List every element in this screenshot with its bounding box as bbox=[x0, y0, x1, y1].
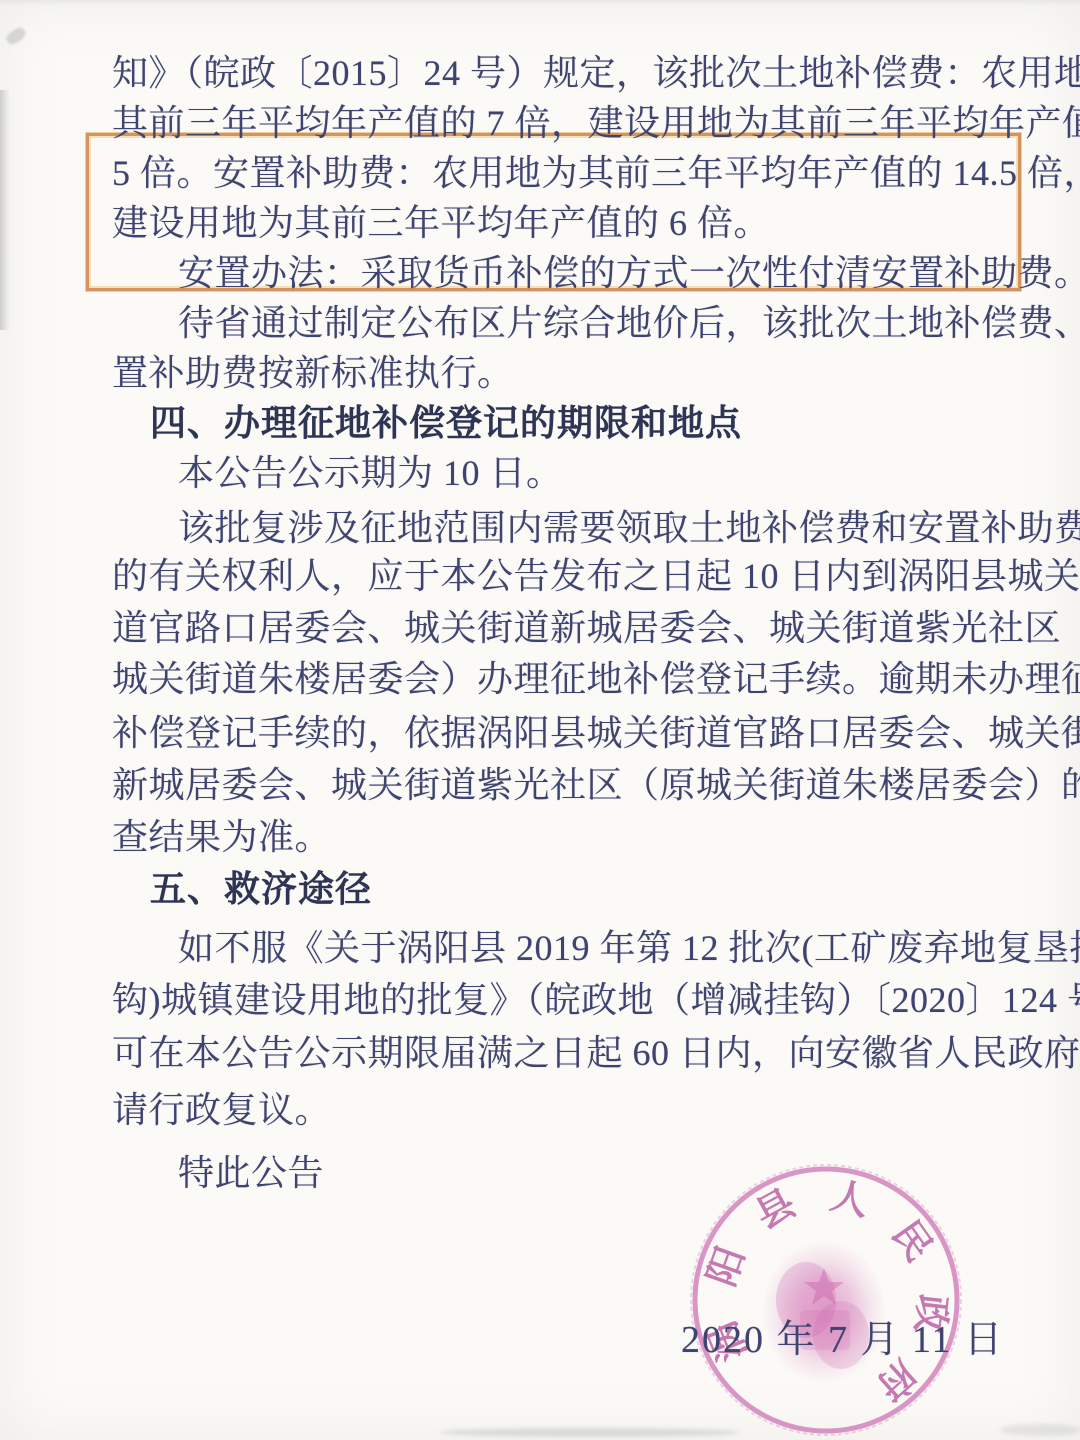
text-line: 钩)城镇建设用地的批复》（皖政地（增减挂钩）〔2020〕124 号）， bbox=[112, 977, 1080, 1023]
seal-character: 阳 bbox=[701, 1242, 753, 1292]
text-line: 的有关权利人，应于本公告发布之日起 10 日内到涡阳县城关街 bbox=[112, 553, 1080, 599]
text-line: 如不服《关于涡阳县 2019 年第 12 批次(工矿废弃地复垦挂 bbox=[178, 925, 1080, 971]
scan-edge-artifact bbox=[4, 25, 27, 46]
text-line: 5 倍。安置补助费：农用地为其前三年平均年产值的 14.5 倍， bbox=[112, 150, 1080, 196]
official-seal: 涡阳县人民政府 bbox=[686, 1160, 966, 1440]
text-line: 建设用地为其前三年平均年产值的 6 倍。 bbox=[112, 200, 770, 246]
text-line: 特此公告 bbox=[178, 1150, 324, 1196]
text-line: 置补助费按新标准执行。 bbox=[112, 350, 514, 396]
text-line: 安置办法：采取货币补偿的方式一次性付清安置补助费。 bbox=[178, 250, 1080, 296]
text-line: 补偿登记手续的，依据涡阳县城关街道官路口居委会、城关街道 bbox=[112, 710, 1080, 756]
text-line: 其前三年平均年产值的 7 倍，建设用地为其前三年平均年产值的 bbox=[112, 100, 1080, 146]
text-line: 新城居委会、城关街道紫光社区（原城关街道朱楼居委会）的调 bbox=[112, 762, 1080, 808]
text-line: 请行政复议。 bbox=[112, 1087, 331, 1133]
scan-edge-artifact bbox=[0, 90, 10, 330]
text-line: 查结果为准。 bbox=[112, 814, 331, 860]
text-line: 本公告公示期为 10 日。 bbox=[178, 450, 563, 496]
section-heading: 四、办理征地补偿登记的期限和地点 bbox=[150, 400, 742, 446]
section-heading: 五、救济途径 bbox=[150, 866, 372, 912]
text-line: 知》（皖政〔2015〕24 号）规定，该批次土地补偿费：农用地为 bbox=[112, 50, 1080, 96]
text-line: 可在本公告公示期限届满之日起 60 日内，向安徽省人民政府申 bbox=[112, 1030, 1080, 1076]
text-line: 城关街道朱楼居委会）办理征地补偿登记手续。逾期未办理征地 bbox=[112, 656, 1080, 702]
issue-date: 2020 年 7 月 11 日 bbox=[681, 1318, 1004, 1362]
text-line: 待省通过制定公布区片综合地价后，该批次土地补偿费、安 bbox=[178, 300, 1080, 346]
document-page: 知》（皖政〔2015〕24 号）规定，该批次土地补偿费：农用地为其前三年平均年产… bbox=[0, 0, 1080, 1440]
seal-emblem-icon bbox=[762, 1240, 886, 1384]
seal-character: 人 bbox=[826, 1175, 872, 1224]
text-line: 道官路口居委会、城关街道新城居委会、城关街道紫光社区（原 bbox=[112, 605, 1080, 651]
scan-edge-artifact bbox=[1000, 1424, 1080, 1436]
scan-edge-artifact bbox=[0, 0, 1080, 6]
text-line: 该批复涉及征地范围内需要领取土地补偿费和安置补助费 bbox=[178, 505, 1080, 551]
